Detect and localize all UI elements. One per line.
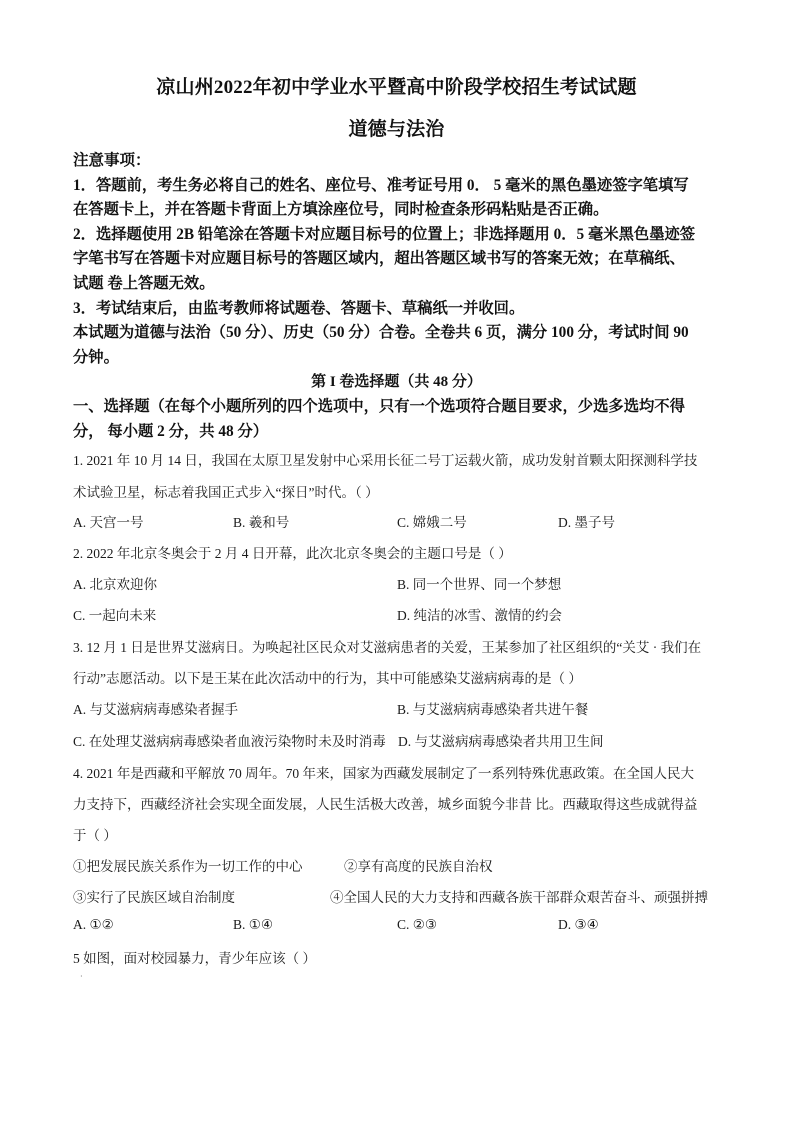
exam-page: 凉山州2022年初中学业水平暨高中阶段学校招生考试试题 道德与法治 注意事项： … xyxy=(0,0,793,1122)
question-4-statement-2: ②享有高度的民族自治权 xyxy=(344,855,493,875)
section-instructions: 分， 每小题 2 分，共 48 分） xyxy=(73,419,268,441)
section-title: 第 I 卷选择题（共 48 分） xyxy=(0,370,793,391)
question-5-text: 5 如图，面对校园暴力，青少年应该（ ） xyxy=(73,947,316,967)
question-1-option-d: D. 墨子号 xyxy=(558,511,615,531)
exam-title: 凉山州2022年初中学业水平暨高中阶段学校招生考试试题 xyxy=(0,72,793,99)
notice-line: 分钟。 xyxy=(73,345,119,367)
notice-line: 本试题为道德与法治（50 分）、历史（50 分）合卷。全卷共 6 页，满分 10… xyxy=(73,320,689,342)
stray-mark: · xyxy=(80,972,83,981)
notice-line: 字笔书写在答题卡对应题目标号的答题区域内，超出答题区域书写的答案无效；在草稿纸、 xyxy=(73,246,685,268)
notice-line: 试题 卷上答题无效。 xyxy=(73,271,215,293)
question-2-option-b: B. 同一个世界、同一个梦想 xyxy=(397,573,561,593)
section-instructions: 一、选择题（在每个小题所列的四个选项中，只有一个选项符合题目要求，少选多选均不得 xyxy=(73,394,685,416)
question-4-option-d: D. ③④ xyxy=(558,917,599,933)
notice-line: 1．答题前，考生务必将自己的姓名、座位号、准考证号用 0． 5 毫米的黑色墨迹签… xyxy=(73,173,689,195)
question-4-statement-3: ③实行了民族区域自治制度 xyxy=(73,886,235,906)
question-2-text: 2. 2022 年北京冬奥会于 2 月 4 日开幕，此次北京冬奥会的主题口号是（… xyxy=(73,542,512,562)
notice-line: 在答题卡上，并在答题卡背面上方填涂座位号，同时检查条形码粘贴是否正确。 xyxy=(73,197,608,219)
question-3-option-c: C. 在处理艾滋病病毒感染者血液污染物时未及时消毒 xyxy=(73,730,386,750)
notice-heading: 注意事项： xyxy=(73,148,151,170)
question-2-option-c: C. 一起向未来 xyxy=(73,604,156,624)
question-4-text: 于（ ） xyxy=(73,824,117,844)
question-3-option-a: A. 与艾滋病病毒感染者握手 xyxy=(73,698,238,718)
question-1-option-c: C. 嫦娥二号 xyxy=(397,511,467,531)
question-3-text: 3. 12 月 1 日是世界艾滋病日。为唤起社区民众对艾滋病患者的关爱，王某参加… xyxy=(73,636,701,656)
question-1-text: 术试验卫星，标志着我国正式步入“探日”时代。（ ） xyxy=(73,481,379,501)
question-4-option-c: C. ②③ xyxy=(397,917,437,933)
question-4-text: 4. 2021 年是西藏和平解放 70 周年。70 年来，国家为西藏发展制定了一… xyxy=(73,762,694,782)
notice-line: 2．选择题使用 2B 铅笔涂在答题卡对应题目标号的位置上；非选择题用 0．5 毫… xyxy=(73,222,695,244)
question-1-text: 1. 2021 年 10 月 14 日，我国在太原卫星发射中心采用长征二号丁运载… xyxy=(73,449,697,469)
question-4-statement-4: ④全国人民的大力支持和西藏各族干部群众艰苦奋斗、顽强拼搏 xyxy=(330,886,708,906)
question-2-option-a: A. 北京欢迎你 xyxy=(73,573,157,593)
question-3-option-d: D. 与艾滋病病毒感染者共用卫生间 xyxy=(398,730,604,750)
question-1-option-a: A. 天宫一号 xyxy=(73,511,144,531)
question-4-text: 力支持下，西藏经济社会实现全面发展，人民生活极大改善，城乡面貌今非昔 比。西藏取… xyxy=(73,793,697,813)
question-4-statement-1: ①把发展民族关系作为一切工作的中心 xyxy=(73,855,303,875)
question-2-option-d: D. 纯洁的冰雪、激情的约会 xyxy=(397,604,562,624)
subject-title: 道德与法治 xyxy=(0,114,793,141)
question-3-option-b: B. 与艾滋病病毒感染者共进午餐 xyxy=(397,698,588,718)
question-4-option-a: A. ①② xyxy=(73,917,114,933)
question-3-text: 行动”志愿活动。以下是王某在此次活动中的行为，其中可能感染艾滋病病毒的是（ ） xyxy=(73,667,582,687)
question-1-option-b: B. 羲和号 xyxy=(233,511,289,531)
notice-line: 3．考试结束后，由监考教师将试题卷、答题卡、草稿纸一并收回。 xyxy=(73,296,524,318)
question-4-option-b: B. ①④ xyxy=(233,917,273,933)
